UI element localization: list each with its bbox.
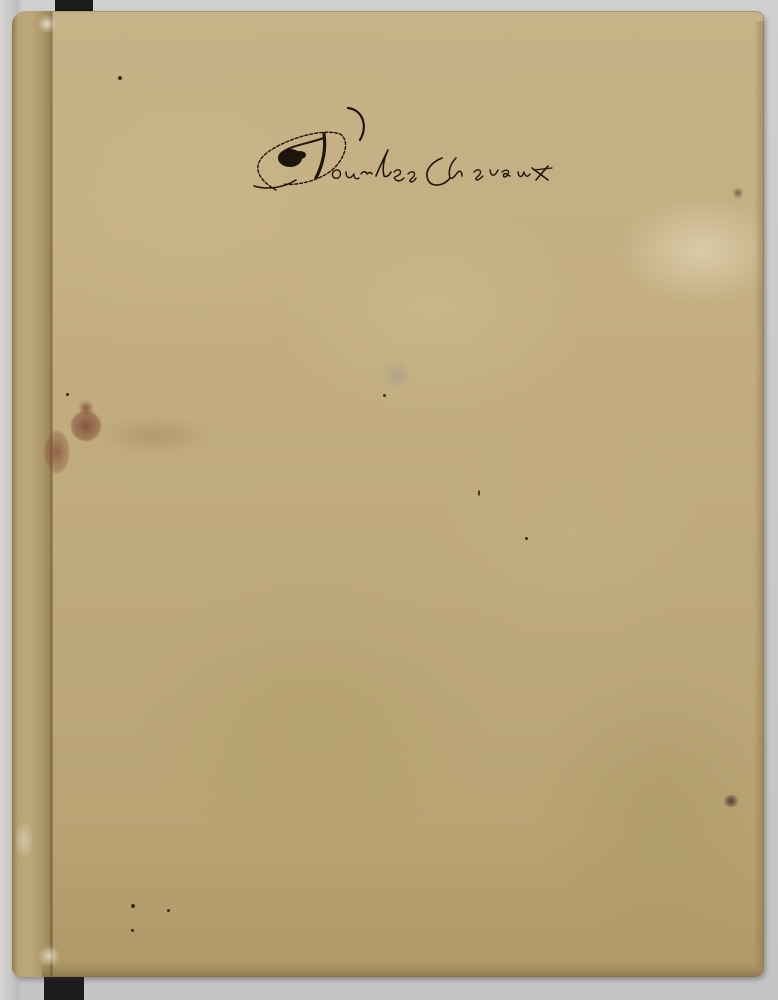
red-stain-spine <box>44 430 70 474</box>
speck <box>66 393 69 396</box>
speck <box>167 909 170 912</box>
speck <box>131 929 134 932</box>
bottom-edge-shadow <box>42 963 764 977</box>
spine-fold <box>50 11 53 977</box>
vellum-blemish <box>724 795 738 807</box>
speck <box>478 490 480 496</box>
red-stain-small <box>78 400 94 416</box>
vellum-blemish <box>733 186 743 200</box>
speck <box>383 394 386 397</box>
speck <box>118 76 122 80</box>
spine-wear <box>14 820 34 860</box>
corner-wear <box>38 14 56 34</box>
speck <box>525 537 528 540</box>
right-edge-shadow <box>754 21 764 967</box>
smudge <box>95 415 215 455</box>
inscription-ink <box>228 100 628 210</box>
dark-support-bottom <box>44 974 84 1000</box>
corner-wear <box>38 945 60 967</box>
handwritten-inscription: Pour les chevaux <box>228 100 628 210</box>
speck <box>131 904 135 908</box>
grey-stain <box>382 360 412 390</box>
